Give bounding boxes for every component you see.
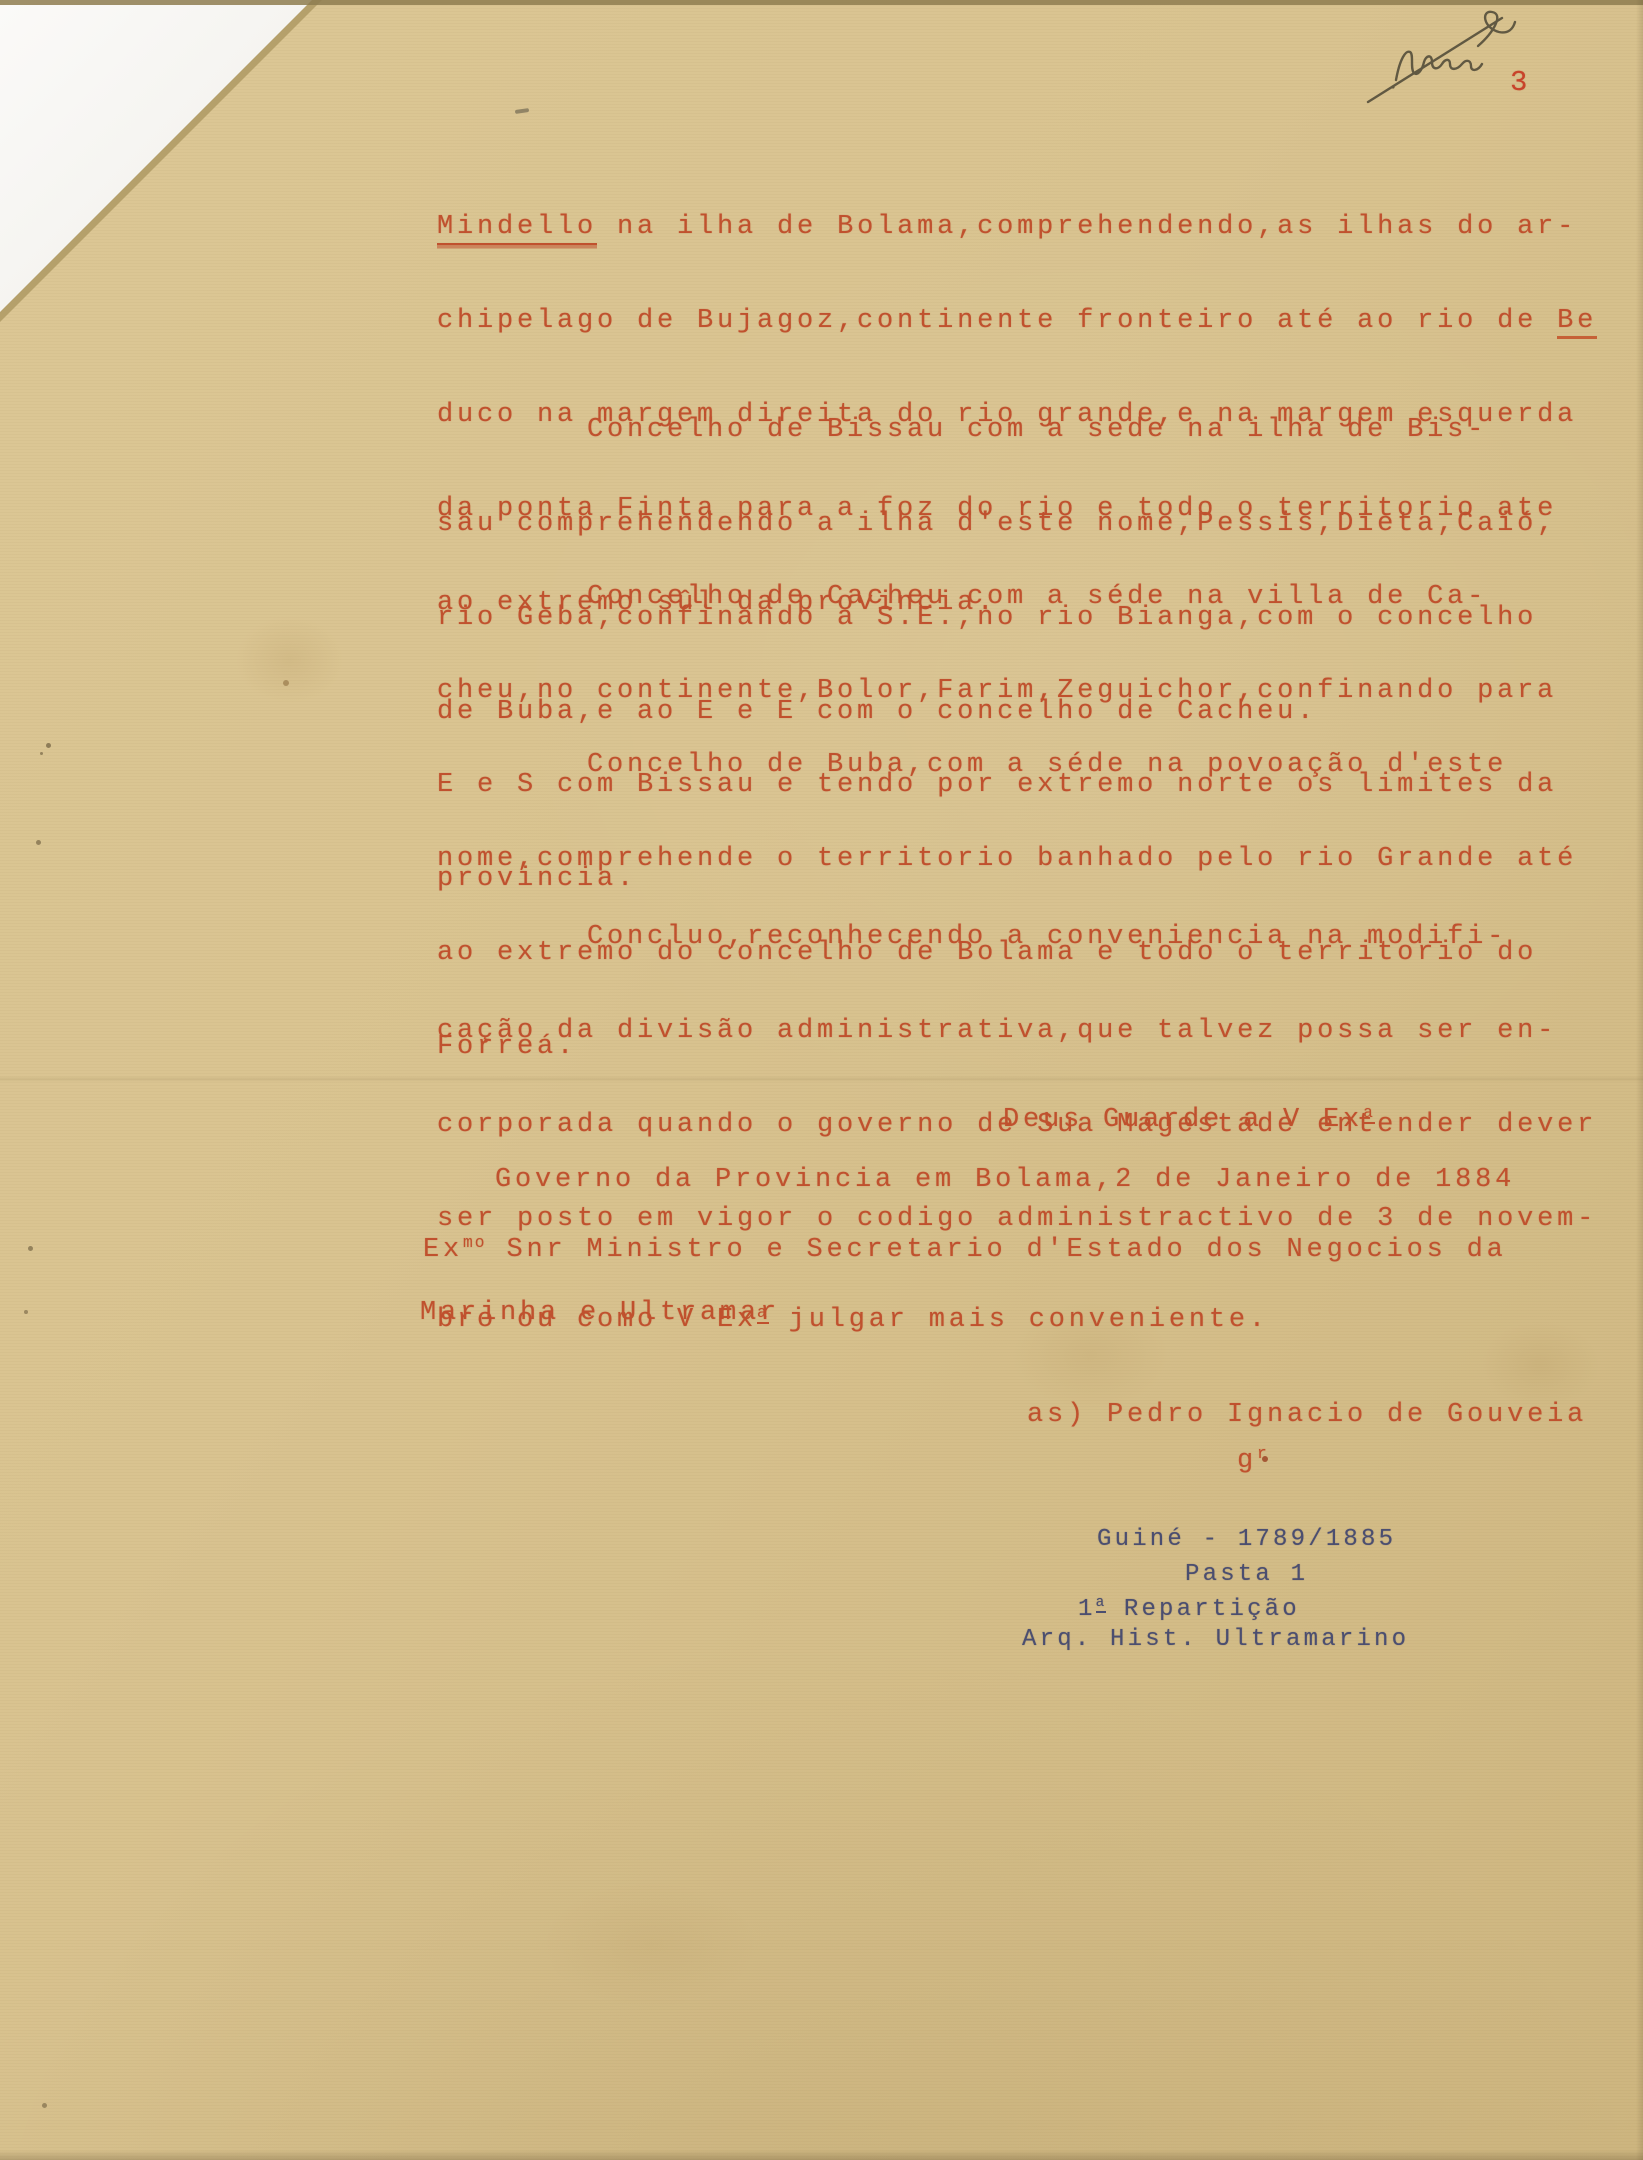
scanned-document-page: 3 Mindello na ilha de Bolama,comprehende… <box>0 0 1643 2160</box>
text-run: na ilha de Bolama,comprehendendo,as ilha… <box>597 212 1577 242</box>
text-line: Mindello na ilha de Bolama,comprehendend… <box>437 210 1597 244</box>
stamp-archive-line: Arq. Hist. Ultramarino <box>1022 1624 1409 1656</box>
paper-speck <box>283 680 289 686</box>
scan-edge-bottom <box>0 2150 1643 2160</box>
ordinal-superscript: a <box>1363 1104 1375 1124</box>
text-run: Deus Guarde a V Ex <box>1003 1105 1363 1135</box>
text-line: cação da divisão administrativa,que talv… <box>437 1014 1597 1048</box>
paper-speck <box>40 752 43 755</box>
addressee-line-2: Marinha e Ultramar <box>420 1296 780 1330</box>
text-run: Ex <box>423 1235 463 1265</box>
paper-stain <box>235 615 345 705</box>
place-date-line: Governo da Provincia em Bolama,2 de Jane… <box>495 1163 1515 1197</box>
paper-speck <box>46 743 51 748</box>
rubric-diagonal-stroke <box>1368 18 1502 102</box>
text-line: Concelho de Cacheu com a séde na villa d… <box>437 580 1557 614</box>
paper-speck <box>36 840 41 845</box>
signature-initial: gr <box>1237 1437 1269 1471</box>
text-line: Concluo,reconhecendo a conveniencia na m… <box>437 920 1597 954</box>
paper-stain <box>1480 1320 1600 1410</box>
paper-stain <box>540 1880 760 2010</box>
paper-speck <box>28 1246 33 1251</box>
page-number: 3 <box>1510 66 1527 99</box>
text-run: Repartição <box>1106 1596 1300 1623</box>
text-line: Concelho de Buba,com a séde na povoação … <box>437 748 1577 782</box>
text-line: chipelago de Bujagoz,continente fronteir… <box>437 304 1597 338</box>
ink-blot <box>1262 1456 1268 1462</box>
rubric-dot <box>1391 85 1394 88</box>
paper-speck <box>42 2103 47 2108</box>
pencil-mark <box>515 108 529 114</box>
text-run: 1 <box>1078 1596 1096 1623</box>
text-run: g <box>1237 1446 1257 1476</box>
underlined-word-be: Be <box>1557 306 1597 339</box>
text-line: Concelho de Bissau com a sede na ilha de… <box>437 413 1557 447</box>
underlined-word-mindello: Mindello <box>437 212 597 245</box>
scan-edge-top <box>0 0 1643 5</box>
addressee-line: Exmo Snr Ministro e Secretario d'Estado … <box>423 1226 1507 1260</box>
ordinal-superscript: a <box>1096 1595 1107 1613</box>
paper-stain <box>1010 1300 1170 1410</box>
stamp-department-line: 1a Repartição <box>1078 1587 1300 1626</box>
salutation-line: Deus Guarde a V Exa <box>1003 1096 1375 1130</box>
stamp-collection-line: Guiné - 1789/1885 <box>1097 1524 1396 1556</box>
paper-speck <box>24 1310 28 1314</box>
text-run: Snr Ministro e Secretario d'Estado dos N… <box>486 1235 1506 1265</box>
abbreviation-superscript: mo <box>463 1234 486 1252</box>
text-run: chipelago de Bujagoz,continente fronteir… <box>437 306 1557 336</box>
